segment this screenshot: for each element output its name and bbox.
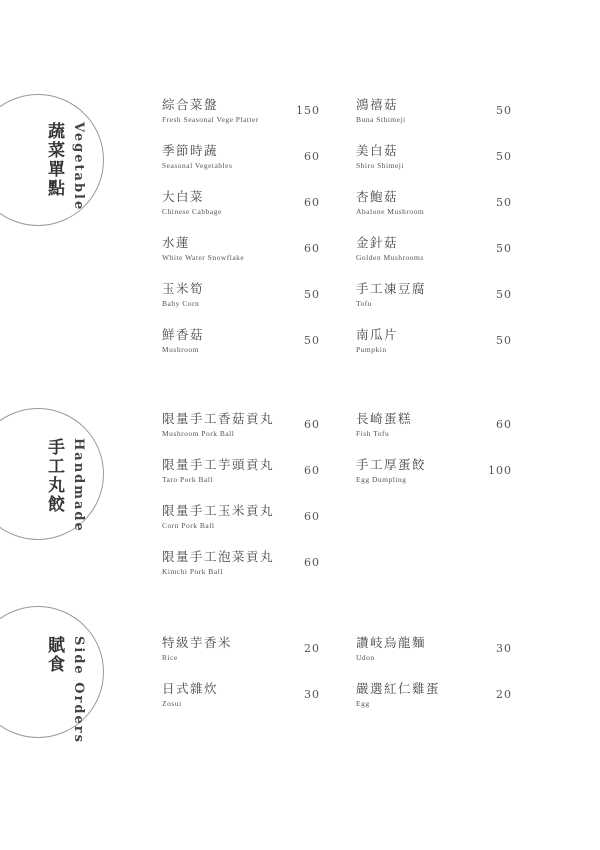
section-title-en: Handmade <box>71 438 86 533</box>
menu-item: 限量手工芋頭貢丸Taro Pork Ball60 <box>162 458 332 485</box>
item-price: 50 <box>472 104 512 117</box>
menu-item: 讚岐烏龍麵Udon30 <box>356 636 526 663</box>
section-title-zh: 蔬菜單點 <box>42 122 67 198</box>
item-price: 30 <box>280 688 320 701</box>
item-price: 50 <box>472 288 512 301</box>
section-title-zh: 賦食 <box>42 636 67 674</box>
menu-item: 水蓮White Water Snowflake60 <box>162 236 332 263</box>
menu-item: 嚴選紅仁雞蛋Egg20 <box>356 682 526 709</box>
item-price: 100 <box>472 464 512 477</box>
menu-item: 玉米筍Baby Corn50 <box>162 282 332 309</box>
menu-item: 鴻禧菇Buna Sthimeji50 <box>356 98 526 125</box>
menu-item: 手工厚蛋餃Egg Dumpling100 <box>356 458 526 485</box>
section-title-handmade: Handmade 手工丸餃 <box>42 438 86 533</box>
menu-item: 長崎蛋糕Fish Tofu60 <box>356 412 526 439</box>
item-price: 60 <box>280 196 320 209</box>
item-price: 20 <box>280 642 320 655</box>
section-title-en: Vegetable <box>71 122 86 211</box>
menu-item: 季節時蔬Seasonal Vegetables60 <box>162 144 332 171</box>
item-price: 60 <box>280 150 320 163</box>
item-price: 60 <box>280 556 320 569</box>
section-title-en: Side Orders <box>71 636 86 744</box>
item-price: 60 <box>280 242 320 255</box>
item-price: 150 <box>280 104 320 117</box>
item-price: 60 <box>472 418 512 431</box>
menu-item: 限量手工泡菜貢丸Kimchi Pork Ball60 <box>162 550 332 577</box>
item-price: 60 <box>280 418 320 431</box>
item-price: 20 <box>472 688 512 701</box>
menu-item: 杏鮑菇Abalone Mushroom50 <box>356 190 526 217</box>
item-price: 50 <box>472 242 512 255</box>
item-price: 50 <box>280 334 320 347</box>
item-price: 30 <box>472 642 512 655</box>
item-price: 60 <box>280 510 320 523</box>
menu-item: 限量手工玉米貢丸Corn Pork Ball60 <box>162 504 332 531</box>
section-title-zh: 手工丸餃 <box>42 438 67 514</box>
menu-item: 金針菇Golden Mushrooms50 <box>356 236 526 263</box>
menu-item: 綜合菜盤Fresh Seasonal Vege Platter150 <box>162 98 332 125</box>
menu-item: 鮮香菇Mushroom50 <box>162 328 332 355</box>
item-price: 50 <box>472 196 512 209</box>
menu-item: 手工凍豆腐Tofu50 <box>356 282 526 309</box>
item-price: 50 <box>472 150 512 163</box>
section-title-side-orders: Side Orders 賦食 <box>42 636 86 744</box>
item-price: 50 <box>472 334 512 347</box>
menu-item: 限量手工香菇貢丸Mushroom Pork Ball60 <box>162 412 332 439</box>
menu-item: 美白菇Shiro Shimeji50 <box>356 144 526 171</box>
menu-item: 日式雜炊Zosui30 <box>162 682 332 709</box>
menu-item: 南瓜片Pumpkin50 <box>356 328 526 355</box>
item-price: 60 <box>280 464 320 477</box>
menu-item: 大白菜Chinese Cabbage60 <box>162 190 332 217</box>
menu-item: 特級芋香米Rice20 <box>162 636 332 663</box>
item-price: 50 <box>280 288 320 301</box>
section-title-vegetable: Vegetable 蔬菜單點 <box>42 122 86 211</box>
